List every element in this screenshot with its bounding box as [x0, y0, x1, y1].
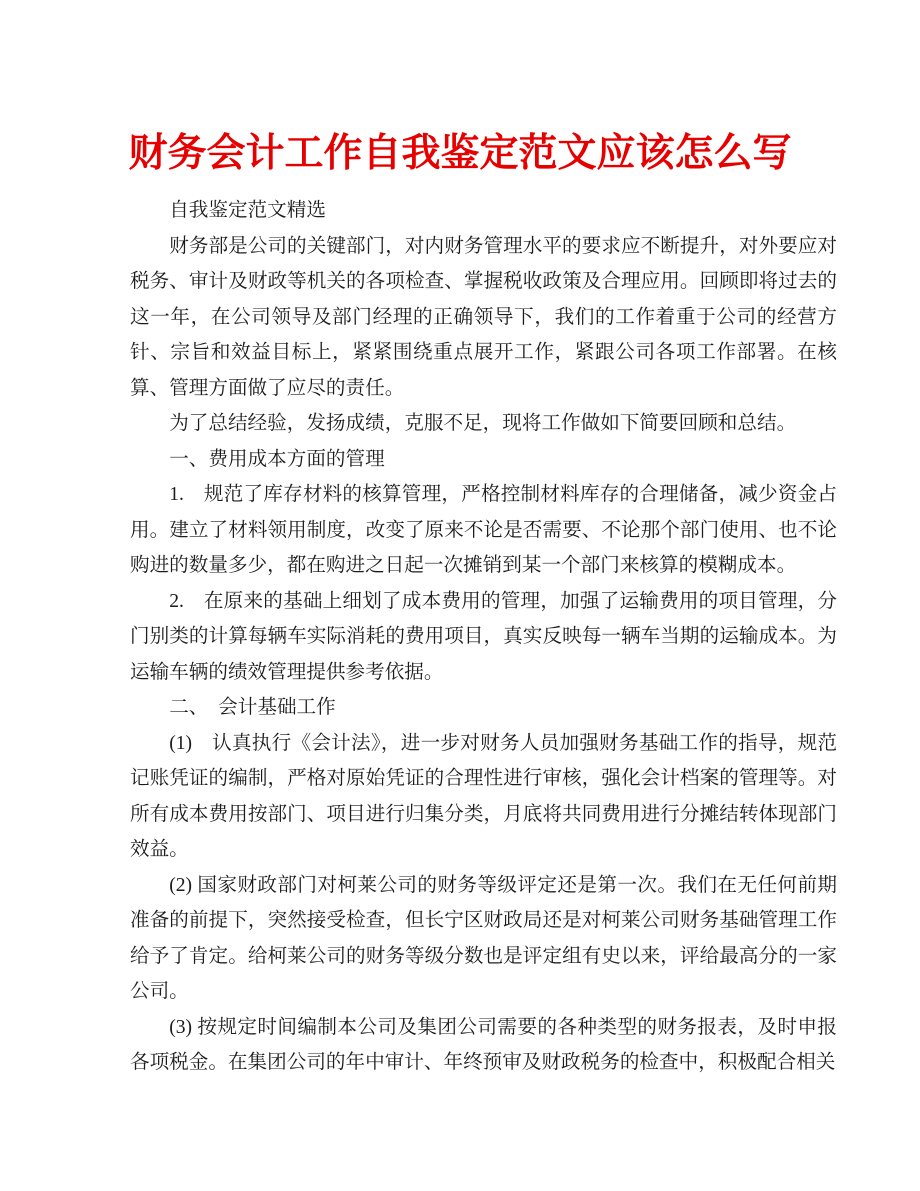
document-canvas: 财务会计工作自我鉴定范文应该怎么写 自我鉴定范文精选 财务部是公司的关键部门，对…: [0, 0, 920, 1191]
document-page: { "document": { "title": "财务会计工作自我鉴定范文应该…: [0, 0, 920, 1191]
paragraph-summary-lead: 为了总结经验，发扬成绩，克服不足，现将工作做如下简要回顾和总结。: [130, 406, 837, 442]
paragraph-overview: 财务部是公司的关键部门，对内财务管理水平的要求应不断提升，对外要应对税务、审计及…: [130, 229, 837, 407]
paragraph-item-2: 2. 在原来的基础上细划了成本费用的管理，加强了运输费用的项目管理，分门别类的计…: [130, 584, 837, 691]
paragraph-subitem-2: (2) 国家财政部门对柯莱公司的财务等级评定还是第一次。我们在无任何前期准备的前…: [130, 868, 837, 1010]
section-heading-1: 一、费用成本方面的管理: [130, 442, 837, 478]
section-heading-2: 二、 会计基础工作: [130, 690, 837, 726]
paragraph-subitem-3: (3) 按规定时间编制本公司及集团公司需要的各种类型的财务报表，及时申报各项税金…: [130, 1010, 837, 1081]
document-body: 自我鉴定范文精选 财务部是公司的关键部门，对内财务管理水平的要求应不断提升，对外…: [130, 193, 837, 1081]
document-title: 财务会计工作自我鉴定范文应该怎么写: [0, 128, 920, 180]
paragraph-intro-label: 自我鉴定范文精选: [130, 193, 837, 229]
paragraph-item-1: 1. 规范了库存材料的核算管理，严格控制材料库存的合理储备，减少资金占用。建立了…: [130, 477, 837, 584]
paragraph-subitem-1: (1) 认真执行《会计法》，进一步对财务人员加强财务基础工作的指导，规范记账凭证…: [130, 726, 837, 868]
